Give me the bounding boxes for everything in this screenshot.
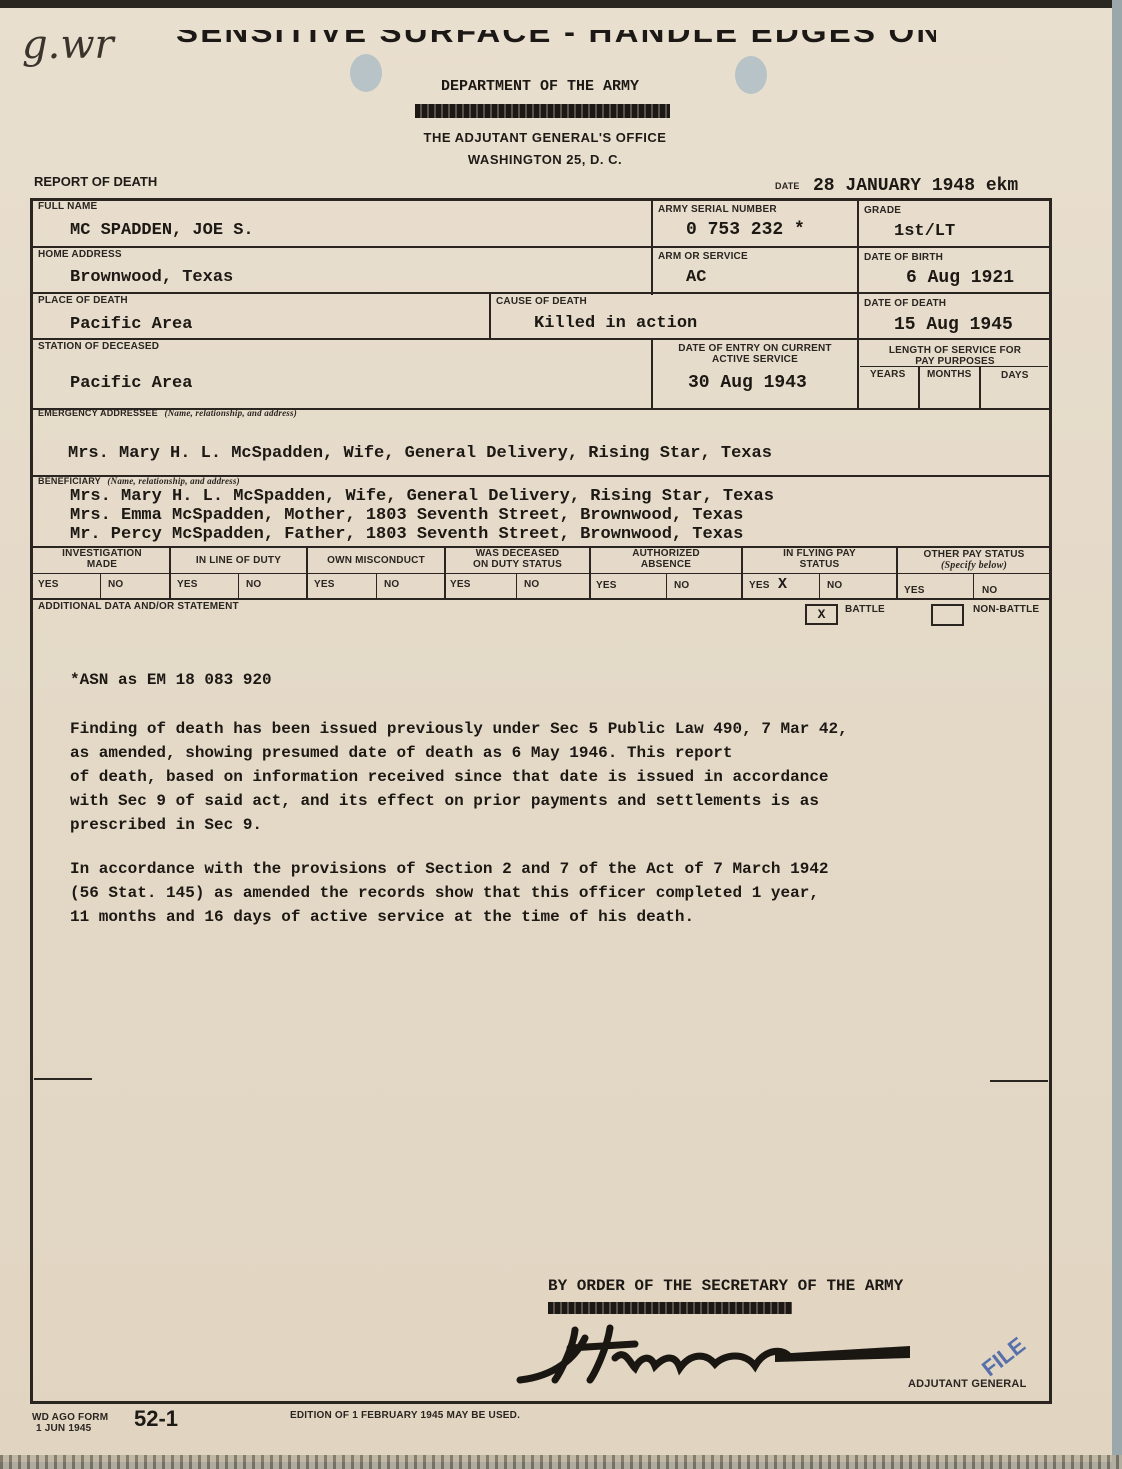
statement-line: (56 Stat. 145) as amended the records sh… bbox=[70, 881, 829, 905]
status-duty-status: WAS DECEASED ON DUTY STATUS bbox=[446, 548, 589, 570]
form-id-line: WD AGO FORM bbox=[32, 1412, 108, 1423]
station-label: STATION OF DECEASED bbox=[38, 341, 159, 352]
death-date-label: DATE OF DEATH bbox=[864, 298, 946, 309]
length-of-service-label-1: LENGTH OF SERVICE FOR bbox=[860, 345, 1050, 356]
status-header: STATUS bbox=[743, 559, 896, 570]
entry-date-label-1: DATE OF ENTRY ON CURRENT bbox=[655, 343, 855, 354]
battle-label: BATTLE bbox=[845, 604, 885, 615]
status-header: INVESTIGATION bbox=[35, 548, 169, 559]
cause-of-death-value: Killed in action bbox=[534, 314, 697, 333]
months-label: MONTHS bbox=[927, 369, 972, 380]
entry-date-value: 30 Aug 1943 bbox=[688, 373, 807, 393]
divider bbox=[33, 338, 1050, 340]
cause-of-death-label: CAUSE OF DEATH bbox=[496, 296, 587, 307]
divider bbox=[973, 574, 974, 598]
signature-icon bbox=[515, 1318, 915, 1388]
statement-line: prescribed in Sec 9. bbox=[70, 813, 848, 837]
status-header: AUTHORIZED bbox=[591, 548, 741, 559]
duty-status-no[interactable]: NO bbox=[524, 579, 539, 590]
statement-line: 11 months and 16 days of active service … bbox=[70, 905, 829, 929]
statement-paragraph-1: Finding of death has been issued previou… bbox=[70, 717, 848, 837]
battle-check-mark: X bbox=[807, 606, 836, 623]
status-header: WAS DECEASED bbox=[446, 548, 589, 559]
misconduct-yes[interactable]: YES bbox=[314, 579, 335, 590]
emergency-hint: (Name, relationship, and address) bbox=[165, 408, 297, 418]
divider bbox=[860, 366, 1048, 367]
full-name-label: FULL NAME bbox=[38, 201, 97, 212]
place-of-death-label: PLACE OF DEATH bbox=[38, 295, 128, 306]
divider bbox=[238, 574, 239, 598]
statement-line: of death, based on information received … bbox=[70, 765, 848, 789]
birth-date-label: DATE OF BIRTH bbox=[864, 252, 943, 263]
statement-line: with Sec 9 of said act, and its effect o… bbox=[70, 789, 848, 813]
line-of-duty-no[interactable]: NO bbox=[246, 579, 261, 590]
divider bbox=[918, 367, 920, 408]
date-label: DATE bbox=[775, 181, 800, 191]
arm-service-label: ARM OR SERVICE bbox=[658, 251, 748, 262]
divider bbox=[979, 367, 981, 408]
divider bbox=[666, 574, 667, 598]
other-pay-no[interactable]: NO bbox=[982, 585, 997, 596]
statement-line: In accordance with the provisions of Sec… bbox=[70, 857, 829, 881]
divider bbox=[33, 246, 1050, 248]
fold-mark-left bbox=[34, 1078, 92, 1080]
investigation-yes[interactable]: YES bbox=[38, 579, 59, 590]
office-title: THE ADJUTANT GENERAL'S OFFICE bbox=[370, 130, 720, 145]
form-id-line: 1 JUN 1945 bbox=[32, 1423, 108, 1434]
absence-yes[interactable]: YES bbox=[596, 580, 617, 591]
beneficiary-line: Mr. Percy McSpadden, Father, 1803 Sevent… bbox=[70, 525, 774, 544]
status-header: ABSENCE bbox=[591, 559, 741, 570]
full-name-value: MC SPADDEN, JOE S. bbox=[70, 221, 254, 240]
asn-note: *ASN as EM 18 083 920 bbox=[70, 671, 272, 689]
beneficiary-label: BENEFICIARY (Name, relationship, and add… bbox=[38, 476, 240, 486]
status-investigation: INVESTIGATION MADE bbox=[35, 548, 169, 570]
divider bbox=[100, 574, 101, 598]
status-flying-pay: IN FLYING PAY STATUS bbox=[743, 548, 896, 570]
status-authorized-absence: AUTHORIZED ABSENCE bbox=[591, 548, 741, 570]
divider bbox=[651, 340, 653, 408]
emergency-value: Mrs. Mary H. L. McSpadden, Wife, General… bbox=[68, 444, 772, 463]
divider bbox=[516, 574, 517, 598]
flying-pay-no[interactable]: NO bbox=[827, 580, 842, 591]
grade-label: GRADE bbox=[864, 205, 901, 216]
form-title: REPORT OF DEATH bbox=[34, 174, 157, 189]
sensitive-banner: SENSITIVE SURFACE - HANDLE EDGES ONLY bbox=[176, 30, 936, 52]
investigation-no[interactable]: NO bbox=[108, 579, 123, 590]
handwritten-note: g.wr bbox=[22, 22, 114, 68]
duty-status-yes[interactable]: YES bbox=[450, 579, 471, 590]
punch-hole-right bbox=[735, 56, 767, 94]
statement-line: as amended, showing presumed date of dea… bbox=[70, 741, 848, 765]
status-header: (Specify below) bbox=[898, 560, 1050, 571]
scan-top-edge bbox=[0, 0, 1122, 8]
flying-pay-mark: X bbox=[778, 576, 787, 593]
status-header: OTHER PAY STATUS bbox=[898, 549, 1050, 560]
arm-service-value: AC bbox=[686, 268, 706, 287]
misconduct-no[interactable]: NO bbox=[384, 579, 399, 590]
status-misconduct: OWN MISCONDUCT bbox=[308, 555, 444, 566]
by-order-line: BY ORDER OF THE SECRETARY OF THE ARMY bbox=[548, 1277, 903, 1295]
serial-number-label: ARMY SERIAL NUMBER bbox=[658, 204, 777, 215]
place-of-death-value: Pacific Area bbox=[70, 315, 192, 334]
non-battle-label: NON-BATTLE bbox=[973, 604, 1039, 615]
birth-date-value: 6 Aug 1921 bbox=[906, 268, 1014, 288]
beneficiary-hint: (Name, relationship, and address) bbox=[107, 476, 239, 486]
divider bbox=[489, 294, 491, 338]
beneficiary-line: Mrs. Mary H. L. McSpadden, Wife, General… bbox=[70, 487, 774, 506]
divider bbox=[33, 598, 1050, 600]
struck-signature-line bbox=[548, 1302, 792, 1314]
entry-date-label-2: ACTIVE SERVICE bbox=[655, 354, 855, 365]
divider bbox=[819, 574, 820, 598]
status-header: IN FLYING PAY bbox=[743, 548, 896, 559]
non-battle-checkbox[interactable] bbox=[931, 604, 964, 626]
punch-hole-left bbox=[350, 54, 382, 92]
adjutant-general-title: ADJUTANT GENERAL bbox=[908, 1378, 1027, 1390]
additional-data-label: ADDITIONAL DATA AND/OR STATEMENT bbox=[38, 601, 239, 612]
beneficiary-label-text: BENEFICIARY bbox=[38, 476, 101, 486]
home-address-label: HOME ADDRESS bbox=[38, 249, 122, 260]
emergency-label-text: EMERGENCY ADDRESSEE bbox=[38, 408, 158, 418]
edition-note: EDITION OF 1 FEBRUARY 1945 MAY BE USED. bbox=[290, 1410, 520, 1421]
office-location: WASHINGTON 25, D. C. bbox=[370, 152, 720, 167]
beneficiary-list: Mrs. Mary H. L. McSpadden, Wife, General… bbox=[70, 487, 774, 544]
status-other-pay: OTHER PAY STATUS (Specify below) bbox=[898, 549, 1050, 571]
report-date: 28 JANUARY 1948 ekm bbox=[813, 176, 1018, 196]
death-date-value: 15 Aug 1945 bbox=[894, 315, 1013, 335]
fold-mark-right bbox=[990, 1080, 1048, 1082]
status-line-of-duty: IN LINE OF DUTY bbox=[171, 555, 306, 566]
department-title: DEPARTMENT OF THE ARMY bbox=[380, 78, 700, 95]
beneficiary-line: Mrs. Emma McSpadden, Mother, 1803 Sevent… bbox=[70, 506, 774, 525]
years-label: YEARS bbox=[870, 369, 905, 380]
other-pay-yes[interactable]: YES bbox=[904, 585, 925, 596]
absence-no[interactable]: NO bbox=[674, 580, 689, 591]
form-number: 52-1 bbox=[134, 1406, 178, 1432]
station-value: Pacific Area bbox=[70, 374, 192, 393]
flying-pay-yes[interactable]: YES bbox=[749, 580, 770, 591]
serial-number-value: 0 753 232 * bbox=[686, 220, 805, 240]
divider bbox=[857, 200, 859, 410]
status-header: ON DUTY STATUS bbox=[446, 559, 589, 570]
emergency-label: EMERGENCY ADDRESSEE (Name, relationship,… bbox=[38, 408, 297, 418]
struck-out-line bbox=[415, 104, 670, 118]
scan-right-edge bbox=[1112, 0, 1122, 1469]
divider bbox=[376, 574, 377, 598]
divider bbox=[33, 292, 1050, 294]
status-header: MADE bbox=[35, 559, 169, 570]
line-of-duty-yes[interactable]: YES bbox=[177, 579, 198, 590]
days-label: DAYS bbox=[1001, 370, 1029, 381]
home-address-value: Brownwood, Texas bbox=[70, 268, 233, 287]
form-id: WD AGO FORM 1 JUN 1945 bbox=[32, 1412, 108, 1434]
statement-line: Finding of death has been issued previou… bbox=[70, 717, 848, 741]
statement-paragraph-2: In accordance with the provisions of Sec… bbox=[70, 857, 829, 929]
battle-checkbox[interactable]: X bbox=[805, 604, 838, 625]
grade-value: 1st/LT bbox=[894, 222, 955, 241]
scan-bottom-edge bbox=[0, 1455, 1122, 1469]
